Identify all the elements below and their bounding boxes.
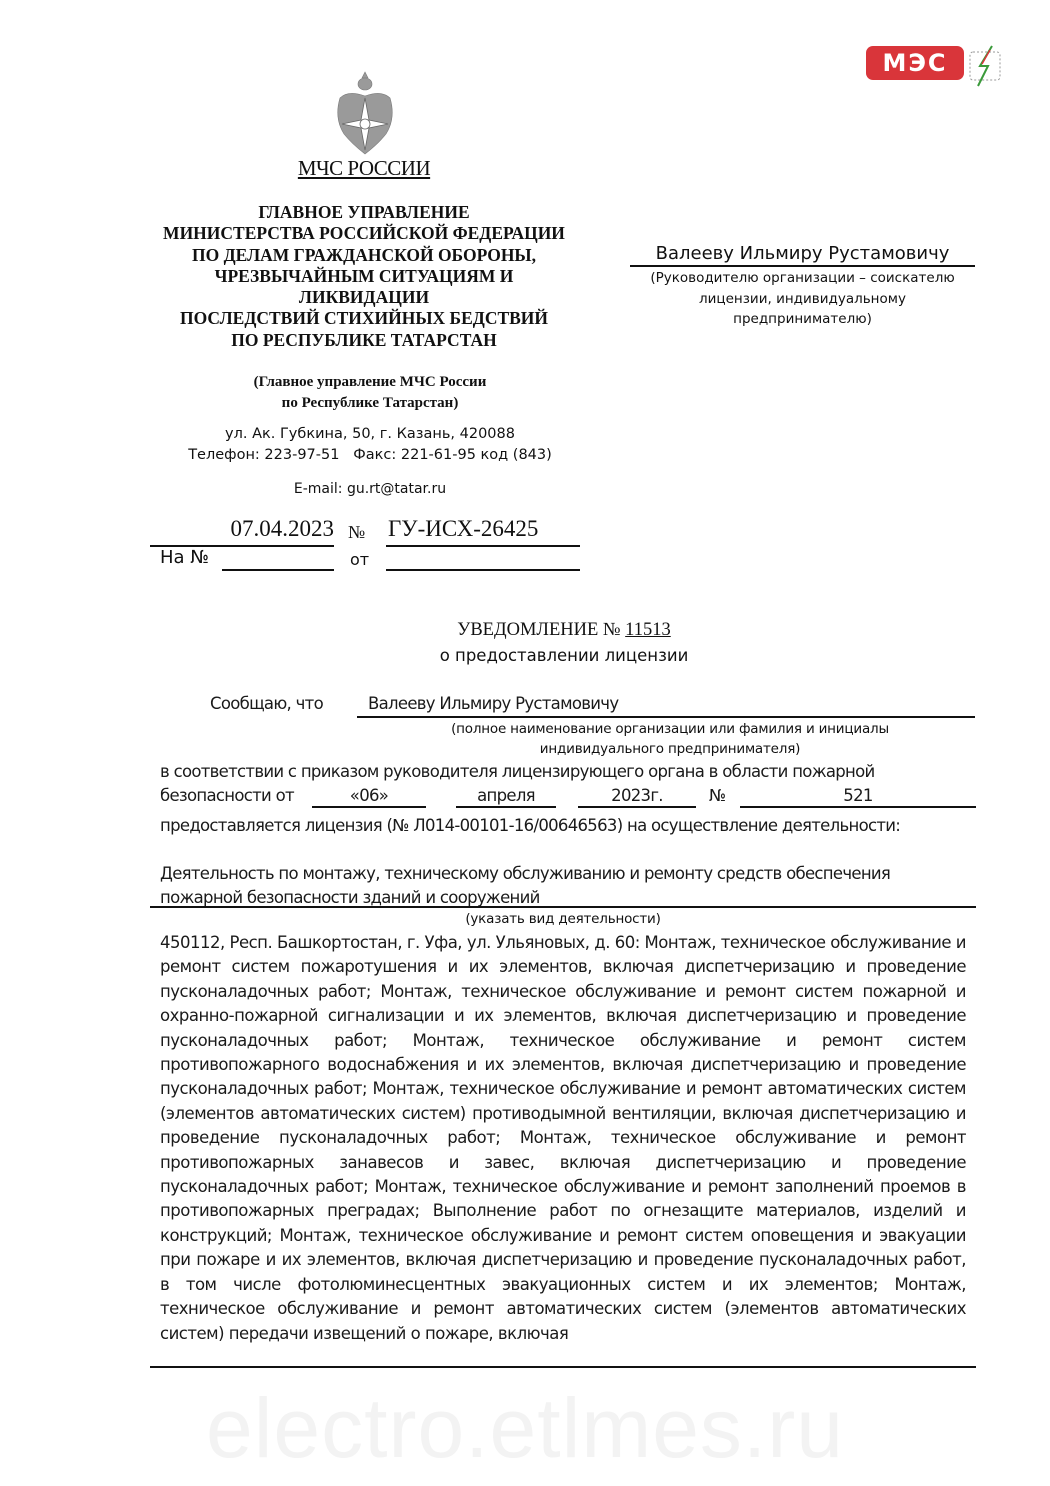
outgoing-number-underline xyxy=(386,545,580,547)
recipient-name: Валееву Ильмиру Рустамовичу xyxy=(630,243,975,264)
order-year: 2023г. xyxy=(578,786,696,805)
org-short-title-line: (Главное управление МЧС России xyxy=(170,372,570,393)
order-text: в соответствии с приказом руководителя л… xyxy=(160,762,875,781)
report-name-underline xyxy=(357,716,975,718)
notice-number: 11513 xyxy=(625,620,671,640)
license-text: предоставляется лицензия (№ Л014-00101-1… xyxy=(160,814,980,838)
org-short-name: МЧС РОССИИ xyxy=(0,156,728,181)
mchs-emblem-icon xyxy=(330,68,400,158)
org-address: ул. Ак. Губкина, 50, г. Казань, 420088 xyxy=(150,424,590,445)
notice-title: УВЕДОМЛЕНИЕ № 11513 xyxy=(0,620,1050,641)
reference-number-label: На № xyxy=(160,547,209,568)
recipient-note-line: (Руководителю организации – соискателю xyxy=(630,268,975,289)
org-short-title: (Главное управление МЧС России по Респуб… xyxy=(170,372,570,414)
activity-type: Деятельность по монтажу, техническому об… xyxy=(160,862,975,910)
org-full-name-line: ЛИКВИДАЦИИ xyxy=(150,287,578,308)
brand-logo-text: МЭС xyxy=(866,46,964,80)
reference-number-field xyxy=(222,569,334,571)
org-full-name-line: ПО ДЕЛАМ ГРАЖДАНСКОЙ ОБОРОНЫ, xyxy=(150,245,578,266)
outgoing-number: ГУ-ИСХ-26425 xyxy=(388,516,538,542)
org-full-name-line: ЧРЕЗВЫЧАЙНЫМ СИТУАЦИЯМ И xyxy=(150,266,578,287)
order-number-label: № xyxy=(709,786,725,805)
order-month: апреля xyxy=(456,786,556,805)
outgoing-date: 07.04.2023 xyxy=(150,516,334,542)
report-name: Валееву Ильмиру Рустамовичу xyxy=(368,694,618,713)
org-full-name: ГЛАВНОЕ УПРАВЛЕНИЕ МИНИСТЕРСТВА РОССИЙСК… xyxy=(150,202,578,351)
order-from-label: безопасности от xyxy=(160,786,294,805)
outgoing-number-label: № xyxy=(348,522,365,543)
order-month-underline xyxy=(456,806,556,808)
reference-date-label: от xyxy=(350,550,369,569)
order-number-underline xyxy=(740,806,976,808)
recipient-note-line: лицензии, индивидуальному xyxy=(630,289,975,310)
org-full-name-line: ГЛАВНОЕ УПРАВЛЕНИЕ xyxy=(150,202,578,223)
notice-title-prefix: УВЕДОМЛЕНИЕ № xyxy=(457,620,625,640)
report-note: (полное наименование организации или фам… xyxy=(420,719,920,759)
order-day-underline xyxy=(312,806,426,808)
order-year-underline xyxy=(578,806,696,808)
recipient-underline xyxy=(630,265,975,267)
report-note-line: (полное наименование организации или фам… xyxy=(420,719,920,739)
org-phones: Телефон: 223-97-51 Факс: 221-61-95 код (… xyxy=(150,445,590,466)
order-number: 521 xyxy=(740,786,976,805)
recipient-note-line: предпринимателю) xyxy=(630,309,975,330)
brand-logo: МЭС xyxy=(866,44,1006,88)
org-contacts: ул. Ак. Губкина, 50, г. Казань, 420088 Т… xyxy=(150,424,590,466)
org-full-name-line: ПО РЕСПУБЛИКЕ ТАТАРСТАН xyxy=(150,330,578,351)
activity-underline xyxy=(150,906,976,908)
activity-details: 450112, Респ. Башкортостан, г. Уфа, ул. … xyxy=(160,931,966,1346)
activity-note: (указать вид деятельности) xyxy=(150,911,976,927)
watermark: electro.etlmes.ru xyxy=(0,1380,1050,1477)
org-email: E-mail: gu.rt@tatar.ru xyxy=(150,481,590,497)
org-short-title-line: по Республике Татарстан) xyxy=(170,393,570,414)
lightning-bolt-icon xyxy=(968,44,1002,88)
report-note-line: индивидуального предпринимателя) xyxy=(420,739,920,759)
order-day: «06» xyxy=(312,786,426,805)
recipient-note: (Руководителю организации – соискателю л… xyxy=(630,268,975,330)
notice-subtitle: о предоставлении лицензии xyxy=(0,646,1050,665)
reference-date-field xyxy=(386,569,580,571)
report-label: Сообщаю, что xyxy=(210,694,323,713)
details-underline xyxy=(150,1366,976,1368)
org-full-name-line: МИНИСТЕРСТВА РОССИЙСКОЙ ФЕДЕРАЦИИ xyxy=(150,223,578,244)
org-full-name-line: ПОСЛЕДСТВИЙ СТИХИЙНЫХ БЕДСТВИЙ xyxy=(150,308,578,329)
